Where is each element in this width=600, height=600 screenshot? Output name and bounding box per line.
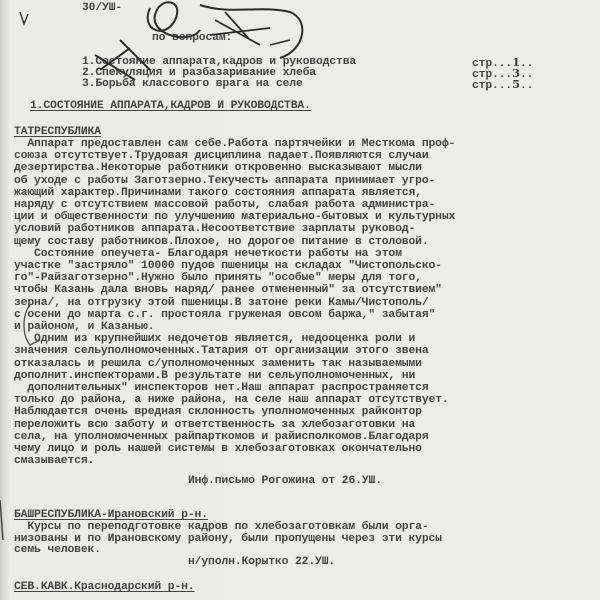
text-line: зерна/, на отгрузку этой пшеницы.В затон… [14,297,429,309]
text-line: дополнительных" инспекторов нет.Наш аппа… [14,382,429,394]
section-title: 1.СОСТОЯНИЕ АППАРАТА,КАДРОВ И РУКОВОДСТВ… [30,100,311,112]
text-line: смазывается. [14,455,94,467]
text-line: чтобы Казань дала вновь наряд/ ранее отм… [14,284,442,296]
text-line: семь человек. [14,544,101,556]
text-line: участке "застряло" 10000 пудов пшеницы н… [14,260,442,272]
text-line: об уходе с работы Заготзерно.Текучесть а… [14,175,435,187]
signature-line: Инф.письмо Рогожина от 26.УШ. [188,475,382,487]
document-page: 30/УШ- по вопросам: 1.Состояние аппарата… [0,0,600,600]
date-fragment: 30/УШ- [82,2,122,14]
text-line: наряду с отсутствием массовой работы, сл… [14,199,435,211]
section-heading: СЕВ.КАВК.Краснодарский р-н. [14,581,195,593]
signature-line: н/уполн.Корытко 22.УШ. [188,556,335,568]
text-line: союза отсутствует.Трудовая дисциплина па… [14,150,429,162]
text-line: отказалась и решила с/уполномоченных зам… [14,358,422,370]
text-line: Одним из крупнейших недочетов является, … [14,333,415,345]
toc-page-ref: стр...5.. [472,78,533,92]
text-line: щему составу работников.Плохое, но дорог… [14,236,429,248]
text-line: условий работников аппарата.Несоответств… [14,223,415,235]
text-line: значения сельуполномоченных.Татария от о… [14,345,429,357]
section-heading: БАШРЕСПУБЛИКА-Ирановский р-н. [14,509,208,521]
text-line: Наблюдается очень вредная склонность упо… [14,406,422,418]
section-heading: ТАТРЕСПУБЛИКА [14,126,101,138]
text-line: жающий характер.Причинами такого состоян… [14,187,422,199]
text-line: села, на уполномоченных райпарткомов и р… [14,431,429,443]
text-line: дезертирства.Некоторые работники открове… [14,162,422,174]
text-line: чему лицо и роль нашей системы в хлебоза… [14,443,422,455]
toc-item: 3.Борьба классового врага на селе [82,78,303,90]
text-line: Курсы по переподготовке кадров по хлебоз… [14,521,429,533]
text-line: ции и общественности по улучшению матери… [14,211,455,223]
topics-intro: по вопросам: [152,32,232,44]
text-line: и районом, и Казанью. [14,321,154,333]
text-line: Состояние опеучета- Благодаря нечеткости… [14,248,402,260]
text-line: переложить всю заботу и ответственность … [14,419,415,431]
text-line: го"-Райзаготзерно".Нужно было принять "о… [14,272,422,284]
text-line: с осени до марта с.г. простояла груженая… [14,309,435,321]
text-line: только до района, а ниже района, на селе… [14,394,449,406]
text-line: дополнит.инспекторами.В результате ни се… [14,370,415,382]
text-line: низованы и по Ирановскому району, были п… [14,533,442,545]
text-line: Аппарат предоставлен сам себе.Работа пар… [14,138,455,150]
